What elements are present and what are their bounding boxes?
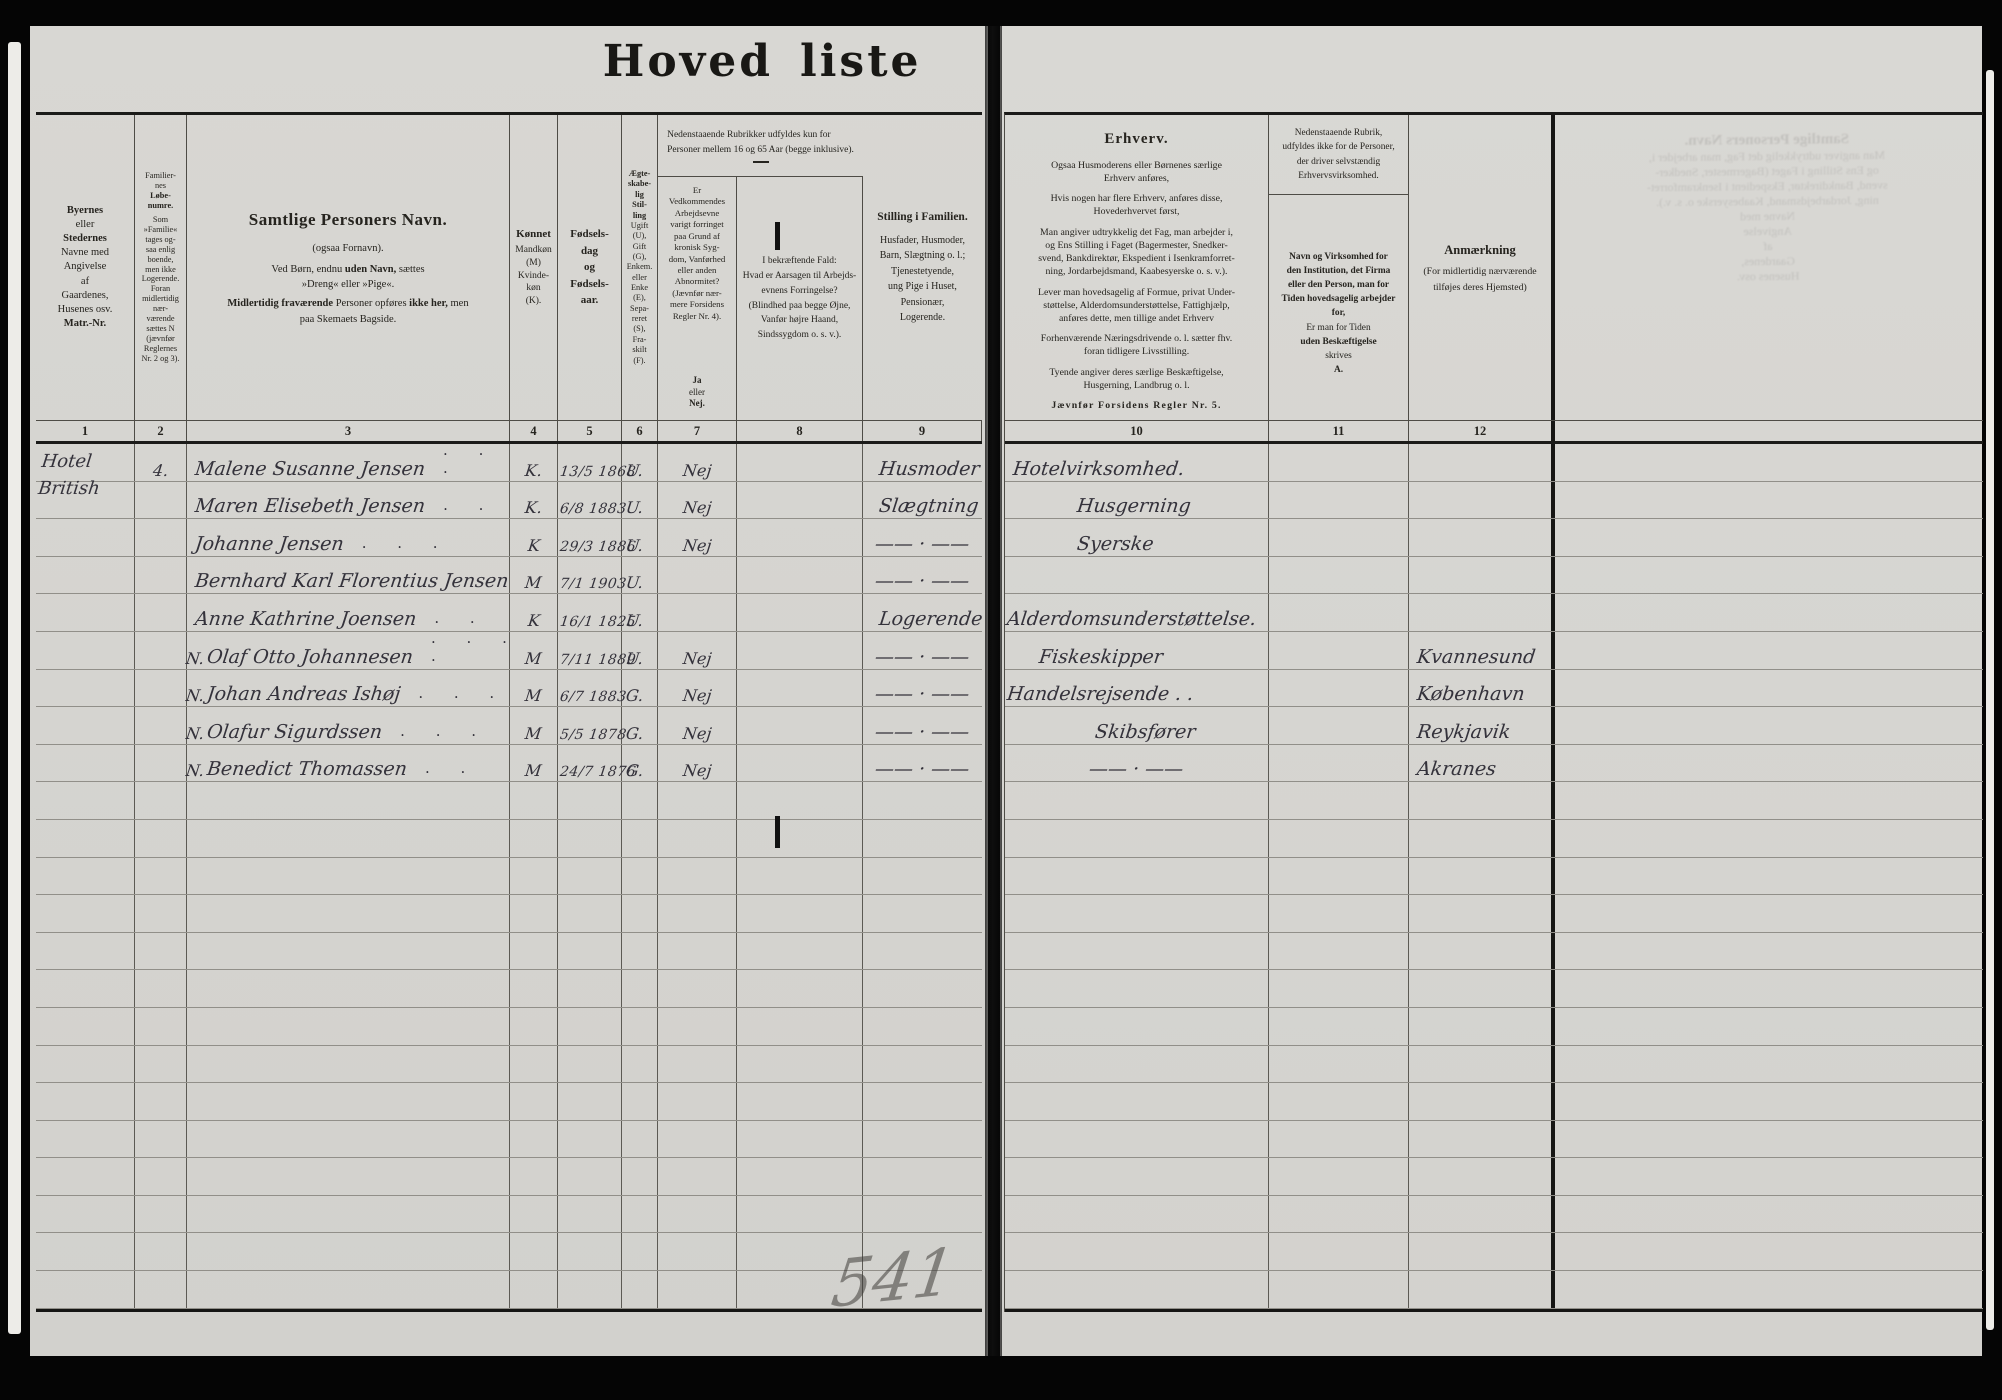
cell-cause (737, 557, 863, 594)
column-header-fodselsdag: Fødsels- dag og Fødsels- aar. (558, 115, 622, 420)
cell-remark (1409, 858, 1555, 895)
cell-matr (36, 1271, 135, 1308)
marital-status-value: G. (625, 688, 644, 704)
table-row: 4.Malene Susanne Jensen. . .K.13/5 1868U… (36, 444, 982, 482)
cell-matr (36, 895, 135, 932)
cell-marital (622, 820, 658, 857)
sex-value: M (524, 688, 542, 704)
cell-birthdate: 5/5 1878 (558, 707, 622, 744)
cell-occupation: Fiskeskipper (1005, 632, 1269, 669)
work-ability-value: Nej (682, 726, 712, 742)
cell-family-position nob (863, 970, 982, 1007)
cell-occupation (1005, 933, 1269, 970)
cell-sex (510, 895, 558, 932)
cell-occupation (1005, 1046, 1269, 1083)
cell-occupation (1005, 1121, 1269, 1158)
cell-lobenummer (135, 1196, 187, 1233)
cell-family-position nob: —— · —— (863, 557, 982, 594)
cell-remark (1409, 1046, 1555, 1083)
column-number: 4 (510, 421, 558, 441)
cell-work-ability (658, 858, 737, 895)
table-row (36, 858, 982, 896)
cell-family-position nob: Husmoder (863, 444, 982, 481)
cell-blank-margin (1555, 670, 1983, 707)
cell-matr (36, 970, 135, 1007)
sex-value: K (527, 538, 541, 554)
person-name: Johanne Jensen (194, 535, 345, 554)
sex-value: M (524, 651, 542, 667)
cell-work-ability (658, 1158, 737, 1195)
cell-marital: U. (622, 557, 658, 594)
header-text: Nedenstaaende Rubrikker udfyldes kun for… (667, 128, 854, 158)
header-text: Kønnet (516, 227, 551, 242)
column-header-aegteskabelig: Ægte- skabe- lig Stil- ling Ugift (U), G… (622, 115, 658, 420)
cell-employer (1269, 820, 1409, 857)
header-text: uden Beskæftigelse (1300, 335, 1376, 349)
occupation-value: Handelsrejsende . . (1006, 685, 1195, 704)
remark-value: Kvannesund (1416, 648, 1537, 667)
cell-occupation (1005, 820, 1269, 857)
cell-employer (1269, 745, 1409, 782)
cell-cause (737, 1008, 863, 1045)
family-position-value: —— · —— (874, 648, 970, 667)
table-row: N.Benedict Thomassen. .M24/7 1876G.Nej——… (36, 745, 982, 783)
cell-birthdate: 29/3 1886 (558, 519, 622, 556)
cell-matr (36, 707, 135, 744)
column-header-navn: Samtlige Personers Navn. (ogsaa Fornavn)… (187, 115, 510, 420)
header-text: Ved Børn, endnu uden Navn, sættes (271, 262, 424, 277)
occupation-value: Hotelvirksomhed. (1012, 460, 1186, 479)
family-position-value: Logerende (878, 610, 984, 629)
cell-lobenummer (135, 519, 187, 556)
cell-marital: G. (622, 745, 658, 782)
column-header-arbejdsevne: Er Vedkommendes Arbejdsevne varigt forri… (658, 177, 737, 420)
table-row (1005, 1233, 1983, 1271)
family-position-value: Husmoder (878, 460, 981, 479)
header-text: Midlertidig fraværende (227, 298, 333, 309)
sex-value: M (524, 726, 542, 742)
table-row (1005, 895, 1983, 933)
header-text: Husfader, Husmoder, Barn, Slægtning o. l… (880, 233, 966, 326)
marital-status-value: U. (625, 538, 644, 554)
cell-family-position nob: —— · —— (863, 707, 982, 744)
cell-name: N.Benedict Thomassen. . (187, 745, 510, 782)
cell-matr (36, 1008, 135, 1045)
name-trail-dots: . . . (443, 441, 509, 477)
cell-cause (737, 782, 863, 819)
cell-occupation (1005, 782, 1269, 819)
cell-remark (1409, 1271, 1555, 1308)
occupation-value: —— · —— (1088, 760, 1184, 779)
header-text: »Dreng« eller »Pige«. (302, 277, 394, 292)
cell-occupation (1005, 1008, 1269, 1045)
cell-family-position nob (863, 1196, 982, 1233)
page-title: liste (800, 36, 922, 87)
cell-family-position nob (863, 782, 982, 819)
cell-marital (622, 1121, 658, 1158)
cell-name (187, 1158, 510, 1195)
birthdate-value: 5/5 1878 (559, 728, 627, 742)
cell-remark (1409, 895, 1555, 932)
marital-status-value: G. (625, 763, 644, 779)
cell-lobenummer (135, 707, 187, 744)
cell-lobenummer (135, 1121, 187, 1158)
cell-sex (510, 1008, 558, 1045)
cell-employer (1269, 519, 1409, 556)
cell-marital (622, 933, 658, 970)
cell-family-position nob (863, 895, 982, 932)
person-name: Olafur Sigurdssen (206, 723, 383, 742)
column-header-erhverv: Erhverv. Ogsaa Husmoderens eller Børnene… (1005, 115, 1269, 420)
cell-remark (1409, 1158, 1555, 1195)
column-header-anmaerkning: Anmærkning (For midlertidig nærværende t… (1409, 115, 1555, 420)
column-number: 1 (36, 421, 135, 441)
header-text: Ogsaa Husmoderens eller Børnenes særlige… (1051, 159, 1222, 185)
sex-value: M (524, 763, 542, 779)
scanned-census-spread: Hoved liste Byernes eller Stedernes Navn… (0, 0, 2002, 1400)
table-row: —— · ——Akranes (1005, 745, 1983, 783)
cell-work-ability: Nej (658, 670, 737, 707)
table-row: N.Olafur Sigurdssen. . .M5/5 1878G.Nej——… (36, 707, 982, 745)
cell-name (187, 970, 510, 1007)
person-name: Bernhard Karl Florentius Jensen (194, 572, 510, 591)
cell-remark: København (1409, 670, 1555, 707)
cell-employer (1269, 1271, 1409, 1308)
header-text: Midlertidig fraværende Personer opføres … (227, 296, 468, 311)
cell-cause (737, 745, 863, 782)
cell-occupation: Handelsrejsende . . (1005, 670, 1269, 707)
cell-birthdate: 6/7 1883 (558, 670, 622, 707)
cell-lobenummer (135, 1233, 187, 1270)
occupation-value: Alderdomsunderstøttelse. (1006, 610, 1257, 629)
ink-mark (775, 816, 780, 848)
work-ability-value: Nej (682, 463, 712, 479)
person-name: Maren Elisebeth Jensen (194, 497, 426, 516)
cell-name: Malene Susanne Jensen. . . (187, 444, 510, 481)
cell-sex (510, 820, 558, 857)
cell-remark (1409, 933, 1555, 970)
sex-value: K (527, 613, 541, 629)
cell-employer (1269, 1158, 1409, 1195)
cell-cause (737, 1121, 863, 1158)
lobenummer-value: 4. (152, 463, 169, 479)
cell-blank-margin (1555, 1271, 1983, 1308)
occupation-value: Skibsfører (1094, 723, 1197, 742)
cell-occupation (1005, 1158, 1269, 1195)
cell-remark (1409, 1196, 1555, 1233)
cell-marital (622, 1271, 658, 1308)
temporary-present-mark: N. (185, 763, 205, 779)
table-row: N.Olaf Otto Johannesen. . . .M7/11 1889U… (36, 632, 982, 670)
cell-marital (622, 1008, 658, 1045)
cell-employer (1269, 1121, 1409, 1158)
work-ability-value: Nej (682, 651, 712, 667)
cell-name: Maren Elisebeth Jensen. . (187, 482, 510, 519)
cell-sex (510, 1083, 558, 1120)
cell-work-ability: Nej (658, 632, 737, 669)
cell-family-position nob (863, 1083, 982, 1120)
name-trail-dots: . . (434, 609, 474, 627)
header-text: eller (76, 218, 95, 232)
header-text: Forhenværende Næringsdrivende o. l. sætt… (1041, 332, 1232, 358)
cell-work-ability (658, 1271, 737, 1308)
cell-work-ability: Nej (658, 482, 737, 519)
cell-blank-margin (1555, 858, 1983, 895)
table-row (1005, 1046, 1983, 1084)
cell-remark (1409, 519, 1555, 556)
cell-work-ability: Nej (658, 707, 737, 744)
cell-blank-margin (1555, 820, 1983, 857)
column-number: 9 (863, 421, 982, 441)
cell-work-ability (658, 1046, 737, 1083)
paper-edge-left (8, 42, 21, 1334)
cell-matr (36, 858, 135, 895)
cell-marital (622, 1196, 658, 1233)
census-table-right: Erhverv. Ogsaa Husmoderens eller Børnene… (1004, 112, 1983, 1312)
cell-blank-margin (1555, 970, 1983, 1007)
cell-marital (622, 1083, 658, 1120)
cell-remark (1409, 594, 1555, 631)
header-text: Man angiver udtrykkelig det Fag, man arb… (1038, 226, 1235, 279)
cell-marital (622, 895, 658, 932)
cell-family-position nob: —— · —— (863, 632, 982, 669)
cell-sex (510, 782, 558, 819)
cell-remark (1409, 482, 1555, 519)
cell-lobenummer (135, 895, 187, 932)
header-text: I bekræftende Fald: Hvad er Aarsagen til… (743, 254, 856, 342)
cell-birthdate (558, 1196, 622, 1233)
cell-blank-margin (1555, 745, 1983, 782)
cell-cause (737, 1158, 863, 1195)
table-row (1005, 858, 1983, 896)
ink-mark (775, 222, 780, 250)
table-row (1005, 1121, 1983, 1159)
cell-cause (737, 1046, 863, 1083)
table-row: SkibsførerReykjavik (1005, 707, 1983, 745)
remark-value: København (1416, 685, 1526, 704)
cell-occupation: Skibsfører (1005, 707, 1269, 744)
cell-birthdate (558, 1233, 622, 1270)
cell-sex: K (510, 519, 558, 556)
cell-matr (36, 1121, 135, 1158)
table-body-right: Hotelvirksomhed.HusgerningSyerskeAlderdo… (1005, 444, 1983, 1309)
table-row (1005, 933, 1983, 971)
cell-employer (1269, 1233, 1409, 1270)
table-row: Bernhard Karl Florentius JensenM7/1 1903… (36, 557, 982, 595)
page-bleed-through: Samtlige Personers Navn. Man angiver udt… (1569, 130, 1966, 286)
cell-cause (737, 858, 863, 895)
column-number-blank (1555, 421, 1983, 441)
cell-birthdate (558, 1158, 622, 1195)
marital-status-value: U. (625, 613, 644, 629)
cell-family-position nob (863, 1046, 982, 1083)
work-ability-value: Nej (682, 763, 712, 779)
cell-family-position nob: Slægtning (863, 482, 982, 519)
person-name: Johan Andreas Ishøj (206, 685, 402, 704)
table-row (36, 1196, 982, 1234)
header-text: Løbe- numre. (148, 191, 173, 211)
cell-remark (1409, 1233, 1555, 1270)
cell-remark (1409, 970, 1555, 1007)
table-body-left: 4.Malene Susanne Jensen. . .K.13/5 1868U… (36, 444, 982, 1309)
header-text: uden Navn, (345, 264, 396, 275)
header-text: paa Skemaets Bagside. (300, 312, 397, 327)
temporary-present-mark: N. (185, 688, 205, 704)
cell-remark (1409, 1008, 1555, 1045)
cell-work-ability (658, 1121, 737, 1158)
cell-matr (36, 782, 135, 819)
column-header-firma: Nedenstaaende Rubrik, udfyldes ikke for … (1269, 115, 1409, 420)
family-position-value: —— · —— (874, 723, 970, 742)
cell-employer (1269, 1196, 1409, 1233)
marital-status-value: U. (625, 575, 644, 591)
cell-work-ability (658, 933, 737, 970)
cell-lobenummer (135, 1271, 187, 1308)
cell-cause (737, 519, 863, 556)
cell-sex: M (510, 707, 558, 744)
column-header-stilling: Stilling i Familien. Husfader, Husmoder,… (863, 115, 982, 420)
header-text: Tyende angiver deres særlige Beskæftigel… (1049, 366, 1223, 392)
name-trail-dots: . . . (418, 684, 494, 702)
cell-sex (510, 1046, 558, 1083)
family-position-value: —— · —— (874, 572, 970, 591)
header-text: Ja (693, 375, 702, 385)
header-text: Familier- nes (145, 171, 176, 191)
cell-cause (737, 820, 863, 857)
column-number-row: 123456789 (36, 420, 982, 444)
remark-value: Reykjavik (1416, 723, 1512, 742)
cell-cause (737, 632, 863, 669)
column-number: 12 (1409, 421, 1555, 441)
cell-employer (1269, 858, 1409, 895)
family-position-value: —— · —— (874, 760, 970, 779)
cell-cause (737, 1196, 863, 1233)
cell-family-position nob: —— · —— (863, 670, 982, 707)
cell-name (187, 1008, 510, 1045)
table-row (1005, 970, 1983, 1008)
pencil-page-number: 541 (827, 1235, 959, 1323)
cell-birthdate: 13/5 1868 (558, 444, 622, 481)
marital-status-value: U. (625, 500, 644, 516)
cell-employer (1269, 1046, 1409, 1083)
cell-family-position nob: Logerende (863, 594, 982, 631)
header-text: Ved Børn, endnu (271, 264, 342, 275)
work-ability-value: Nej (682, 538, 712, 554)
cell-lobenummer (135, 1046, 187, 1083)
column-header-group-7-8: Nedenstaaende Rubrikker udfyldes kun for… (658, 115, 863, 420)
cell-employer (1269, 557, 1409, 594)
cell-lobenummer (135, 557, 187, 594)
table-row: Maren Elisebeth Jensen. .K.6/8 1883U.Nej… (36, 482, 982, 520)
bleed-text: Man angiver udtrykkelig det Fag, man arb… (1569, 147, 1965, 211)
table-row (1005, 1271, 1983, 1309)
cell-remark (1409, 820, 1555, 857)
table-row (1005, 1008, 1983, 1046)
column-number: 3 (187, 421, 510, 441)
cell-employer (1269, 594, 1409, 631)
header-text: ikke her, (409, 298, 448, 309)
cell-occupation: Husgerning (1005, 482, 1269, 519)
family-position-value: —— · —— (874, 685, 970, 704)
cell-marital: U. (622, 482, 658, 519)
cell-name (187, 858, 510, 895)
paper-edge-right (1986, 70, 1994, 1330)
cell-remark (1409, 1083, 1555, 1120)
cell-marital: U. (622, 594, 658, 631)
cell-matr (36, 632, 135, 669)
cell-lobenummer (135, 670, 187, 707)
table-row (36, 1083, 982, 1121)
cell-cause (737, 707, 863, 744)
cell-lobenummer (135, 1083, 187, 1120)
header-text: Samtlige Personers Navn. (249, 208, 448, 233)
cell-employer (1269, 933, 1409, 970)
person-name: Olaf Otto Johannesen (206, 648, 414, 667)
cell-birthdate: 16/1 1825 (558, 594, 622, 631)
cell-matr (36, 820, 135, 857)
cell-sex: K (510, 594, 558, 631)
cell-lobenummer (135, 858, 187, 895)
name-trail-dots: . . (425, 759, 465, 777)
building-name-entry: Hotel British (37, 448, 105, 502)
name-trail-dots: . . (443, 496, 483, 514)
cell-matr (36, 933, 135, 970)
table-row (1005, 782, 1983, 820)
cell-marital (622, 970, 658, 1007)
cell-blank-margin (1555, 1121, 1983, 1158)
name-trail-dots: . . . (362, 534, 438, 552)
header-text: Anmærkning (1444, 240, 1516, 260)
cell-occupation: Syerske (1005, 519, 1269, 556)
cell-occupation: Alderdomsunderstøttelse. (1005, 594, 1269, 631)
header-text: Er man for Tiden (1306, 321, 1370, 335)
person-name: Benedict Thomassen (206, 760, 408, 779)
cell-occupation: —— · —— (1005, 745, 1269, 782)
cell-work-ability (658, 895, 737, 932)
cell-matr (36, 594, 135, 631)
column-header-konnet: Kønnet Mandkøn (M) Kvinde- køn (K). (510, 115, 558, 420)
cell-birthdate (558, 782, 622, 819)
cell-employer (1269, 632, 1409, 669)
table-row: FiskeskipperKvannesund (1005, 632, 1983, 670)
cell-marital (622, 1046, 658, 1083)
cell-cause (737, 933, 863, 970)
cell-employer (1269, 895, 1409, 932)
name-trail-dots: . . . (400, 722, 476, 740)
cell-lobenummer (135, 632, 187, 669)
cell-work-ability (658, 782, 737, 819)
header-text: (For midlertidig nærværende tilføjes der… (1423, 264, 1536, 295)
cell-name (187, 1046, 510, 1083)
person-name: Malene Susanne Jensen (194, 460, 426, 479)
cell-name: Bernhard Karl Florentius Jensen (187, 557, 510, 594)
cell-occupation: Hotelvirksomhed. (1005, 444, 1269, 481)
header-text: Matr.-Nr. (64, 317, 106, 331)
cell-work-ability (658, 820, 737, 857)
cell-work-ability (658, 1083, 737, 1120)
header-text: Nedenstaaende Rubrik, udfyldes ikke for … (1282, 126, 1394, 182)
cell-employer (1269, 970, 1409, 1007)
cell-sex (510, 1121, 558, 1158)
header-text: Hvis nogen har flere Erhverv, anføres di… (1051, 192, 1223, 218)
cell-occupation (1005, 1271, 1269, 1308)
cell-family-position nob (863, 858, 982, 895)
cell-work-ability (658, 970, 737, 1007)
header-text: Navn og Virksomhed for den Institution, … (1282, 250, 1396, 321)
cell-employer (1269, 482, 1409, 519)
cell-family-position nob (863, 1158, 982, 1195)
cell-birthdate (558, 858, 622, 895)
